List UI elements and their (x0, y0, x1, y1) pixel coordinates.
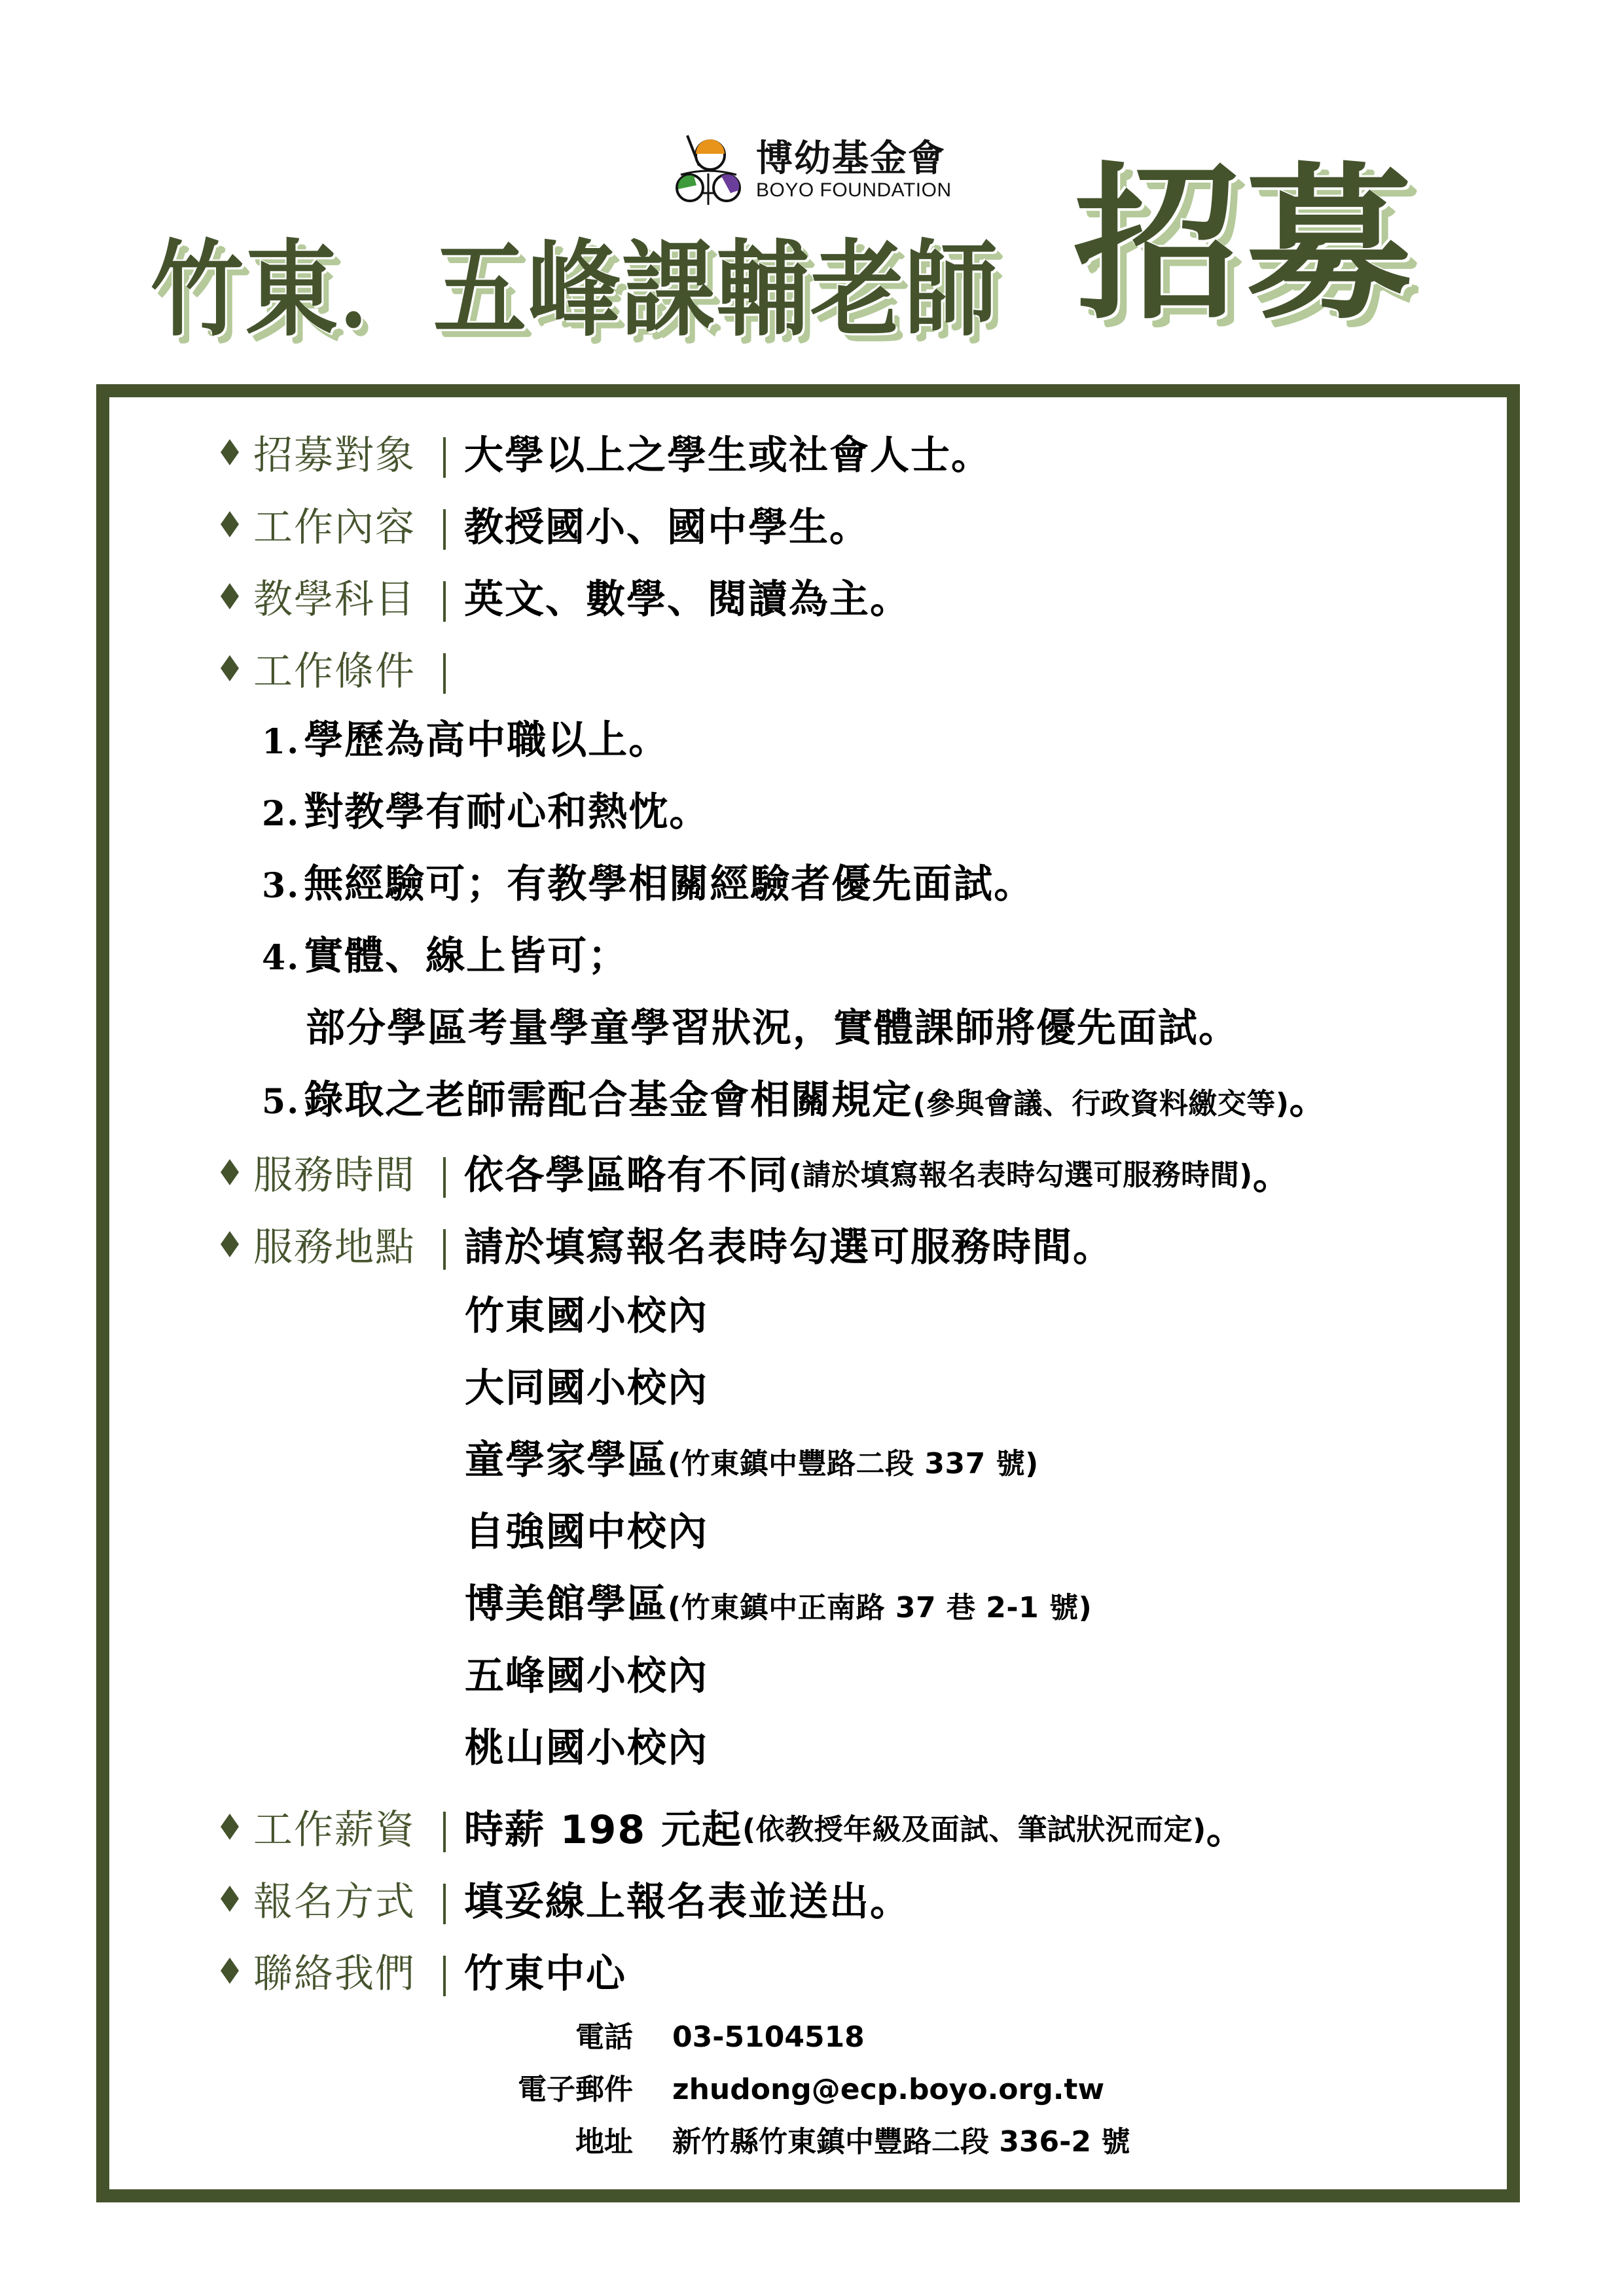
location-item: 大同國小校內 (465, 1362, 708, 1414)
phone-number[interactable]: 03-5104518 (672, 2018, 865, 2057)
separator (443, 1884, 446, 1924)
section-value: 請於填寫報名表時勾選可服務時間。 (464, 1216, 1113, 1272)
section-label: 教學科目 (253, 568, 426, 624)
section-label: 服務地點 (253, 1216, 426, 1272)
info-frame: 招募對象 大學以上之學生或社會人士。 工作內容 教授國小、國中學生。 教學科目 … (96, 384, 1520, 2202)
separator (443, 581, 446, 622)
section-duties: 工作內容 教授國小、國中學生。 (221, 498, 870, 550)
condition-item: 3.無經驗可；有教學相關經驗者優先面試。 (262, 858, 1034, 912)
condition-item: 5.錄取之老師需配合基金會相關規定(參與會議、行政資料繳交等)。 (262, 1074, 1330, 1130)
condition-item-continuation: 部分學區考量學童學習狀況，實體課師將優先面試。 (306, 1002, 1239, 1054)
location-address: (竹東鎮中豐路二段 337 號) (668, 1447, 1039, 1480)
section-value: 依各學區略有不同 (464, 1144, 789, 1200)
location-item: 童學家學區(竹東鎮中豐路二段 337 號) (465, 1434, 1039, 1490)
contact-key: 電話 (476, 2018, 633, 2057)
separator (443, 437, 446, 478)
section-label: 招募對象 (253, 424, 426, 480)
section-apply: 報名方式 填妥線上報名表並送出。 (221, 1873, 911, 1925)
page-title: 竹東．五峰課輔老師 招募 (151, 157, 1525, 367)
condition-item: 2.對教學有耐心和熱忱。 (262, 786, 710, 840)
section-hours: 服務時間 依各學區略有不同(請於填寫報名表時勾選可服務時間)。 (221, 1146, 1293, 1198)
diamond-bullet-icon (221, 1231, 239, 1257)
contact-address: 地址 新竹縣竹東鎮中豐路二段 336-2 號 (476, 2123, 1458, 2162)
diamond-bullet-icon (221, 511, 239, 537)
location-item: 五峰國小校內 (465, 1650, 708, 1702)
section-label: 工作薪資 (253, 1799, 426, 1855)
location-item: 桃山國小校內 (465, 1722, 708, 1774)
section-label: 聯絡我們 (253, 1943, 426, 1999)
separator (443, 1812, 446, 1852)
section-label: 服務時間 (253, 1144, 426, 1200)
section-salary: 工作薪資 時薪 198 元起(依教授年級及面試、筆試狀況而定)。 (221, 1801, 1247, 1853)
separator (443, 509, 446, 550)
section-contact: 聯絡我們 竹東中心 (221, 1945, 626, 1997)
title-emphasis: 招募 (1074, 157, 1418, 334)
section-value: 英文、數學、閱讀為主。 (464, 568, 911, 624)
location-item: 自強國中校內 (465, 1506, 708, 1558)
diamond-bullet-icon (221, 1958, 239, 1984)
diamond-bullet-icon (221, 1159, 239, 1185)
section-label: 工作內容 (253, 496, 426, 552)
section-conditions: 工作條件 (221, 642, 464, 694)
section-label: 報名方式 (253, 1871, 426, 1927)
address-text: 新竹縣竹東鎮中豐路二段 336-2 號 (672, 2123, 1130, 2162)
contact-email: 電子郵件 zhudong@ecp.boyo.org.tw (476, 2070, 1458, 2109)
diamond-bullet-icon (221, 1886, 239, 1912)
section-value: 教授國小、國中學生。 (464, 496, 870, 552)
section-target: 招募對象 大學以上之學生或社會人士。 (221, 426, 992, 478)
diamond-bullet-icon (221, 439, 239, 465)
section-value: 時薪 198 元起 (464, 1799, 742, 1855)
condition-item: 1.學歷為高中職以上。 (262, 714, 669, 768)
separator (443, 653, 446, 694)
location-item: 博美館學區(竹東鎮中正南路 37 巷 2-1 號) (465, 1578, 1092, 1634)
section-note: (請於填寫報名表時勾選可服務時間) (789, 1151, 1253, 1193)
title-main: 竹東．五峰課輔老師 (151, 236, 999, 346)
section-value: 竹東中心 (464, 1943, 626, 1999)
location-address: (竹東鎮中正南路 37 巷 2-1 號) (668, 1591, 1092, 1624)
section-value: 大學以上之學生或社會人士。 (464, 424, 992, 480)
location-item: 竹東國小校內 (465, 1290, 708, 1342)
section-value: 填妥線上報名表並送出。 (464, 1871, 911, 1927)
diamond-bullet-icon (221, 655, 239, 681)
diamond-bullet-icon (221, 1814, 239, 1840)
section-locations: 服務地點 請於填寫報名表時勾選可服務時間。 (221, 1218, 1113, 1270)
section-label: 工作條件 (253, 640, 426, 696)
contact-key: 地址 (476, 2123, 633, 2162)
condition-item: 4.實體、線上皆可； (262, 930, 628, 984)
separator (443, 1956, 446, 1996)
diamond-bullet-icon (221, 583, 239, 609)
separator (443, 1229, 446, 1270)
email-link[interactable]: zhudong@ecp.boyo.org.tw (672, 2070, 1104, 2109)
contact-phone: 電話 03-5104518 (476, 2018, 1458, 2057)
separator (443, 1157, 446, 1198)
section-note: (依教授年級及面試、筆試狀況而定) (742, 1806, 1206, 1848)
contact-key: 電子郵件 (476, 2070, 633, 2109)
section-subjects: 教學科目 英文、數學、閱讀為主。 (221, 570, 911, 622)
